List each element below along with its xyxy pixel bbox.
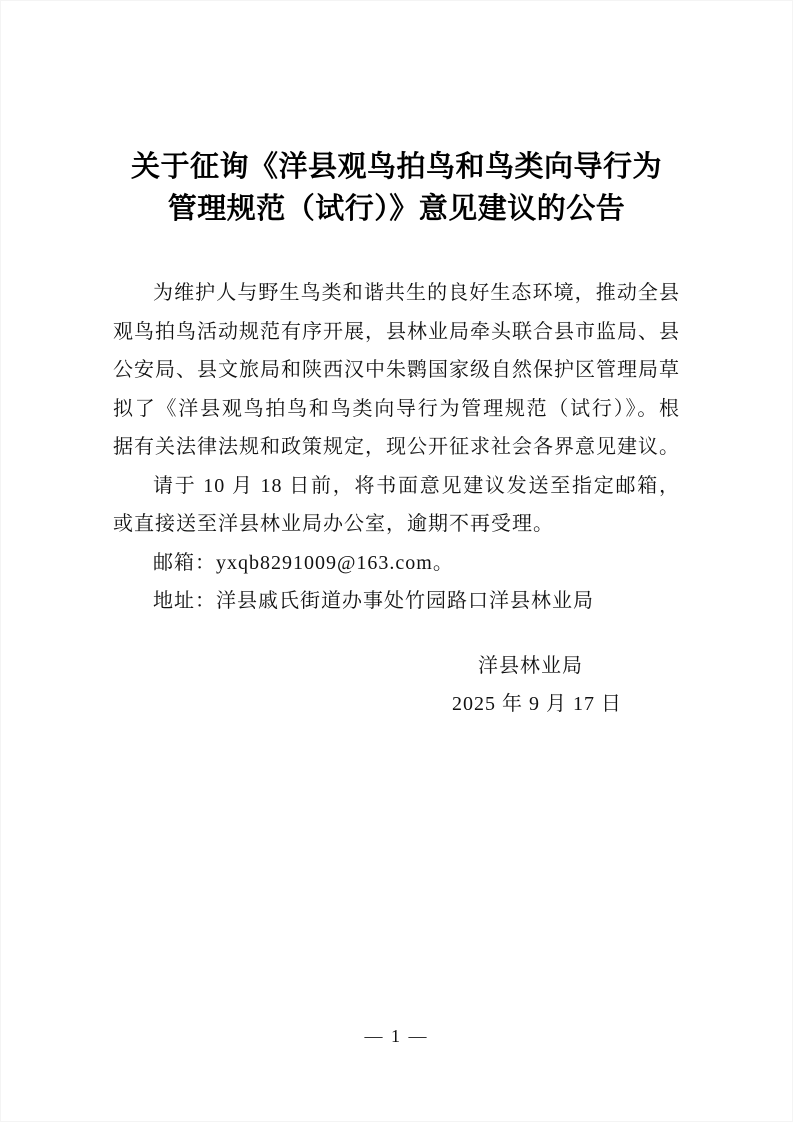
signature-issuer: 洋县林业局 (113, 647, 680, 686)
document-title: 关于征询《洋县观鸟拍鸟和鸟类向导行为 管理规范（试行）》意见建议的公告 (0, 0, 793, 230)
page-footer: — 1 — (0, 1026, 793, 1047)
signature-date: 2025 年 9 月 17 日 (113, 685, 680, 724)
body-paragraph-address: 地址：洋县戚氏街道办事处竹园路口洋县林业局 (113, 582, 680, 621)
body-paragraph-deadline: 请于 10 月 18 日前，将书面意见建议发送至指定邮箱，或直接送至洋县林业局办… (113, 467, 680, 544)
body-paragraph-email: 邮箱：yxqb8291009@163.com。 (113, 544, 680, 583)
page-number: — 1 — (365, 1026, 429, 1046)
document-page: 关于征询《洋县观鸟拍鸟和鸟类向导行为 管理规范（试行）》意见建议的公告 为维护人… (0, 0, 793, 1122)
signature-block: 洋县林业局 2025 年 9 月 17 日 (113, 647, 680, 724)
document-title-line-2: 管理规范（试行）》意见建议的公告 (0, 188, 793, 230)
document-body: 为维护人与野生鸟类和谐共生的良好生态环境，推动全县观鸟拍鸟活动规范有序开展，县林… (113, 274, 680, 724)
document-title-line-1: 关于征询《洋县观鸟拍鸟和鸟类向导行为 (0, 146, 793, 188)
body-paragraph-intro: 为维护人与野生鸟类和谐共生的良好生态环境，推动全县观鸟拍鸟活动规范有序开展，县林… (113, 274, 680, 467)
